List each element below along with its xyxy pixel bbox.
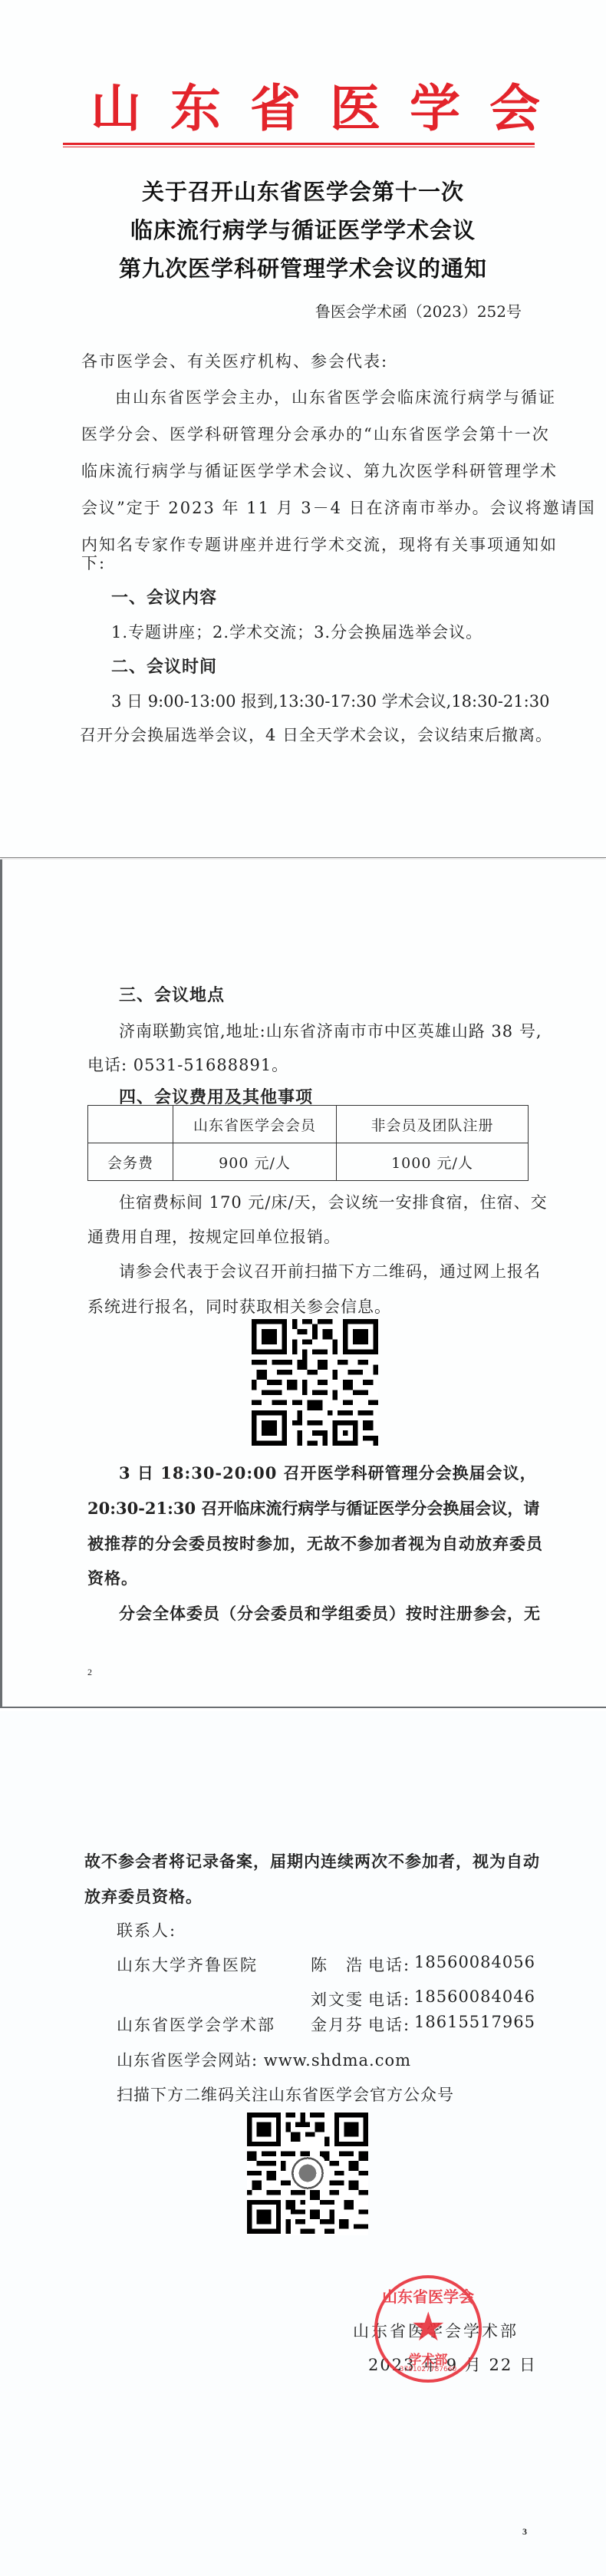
fee-nonmember-value: 1000 元/人 <box>337 1143 529 1181</box>
contact-name: 陈 浩 <box>311 1953 364 1976</box>
intro-line: 临床流行病学与循证医学学术会议、第九次医学科研管理学术 <box>81 459 558 482</box>
intro-line: 由山东省医学会主办，山东省医学会临床流行病学与循证 <box>115 385 556 408</box>
wechat-qr-code[interactable] <box>247 2111 368 2235</box>
section-heading-time: 二、会议时间 <box>111 654 217 678</box>
contact-name: 金月芬 <box>311 2013 364 2036</box>
fee-table-header-cell: 非会员及团队注册 <box>337 1106 529 1143</box>
election-line: 资格。 <box>87 1566 138 1589</box>
section-heading-venue: 三、会议地点 <box>119 982 225 1006</box>
registration-line: 系统进行报名，同时获取相关参会信息。 <box>87 1295 391 1318</box>
document-number: 鲁医会学术函（2023）252号 <box>315 299 522 322</box>
contact-phone[interactable]: 18615517965 <box>414 2013 535 2031</box>
contact-phone-label: 电话: <box>368 1987 410 2010</box>
fee-table: 山东省医学会会员 非会员及团队注册 会务费 900 元/人 1000 元/人 <box>87 1105 529 1181</box>
attendance-line: 分会全体委员（分会委员和学组委员）按时注册参会，无 <box>119 1601 541 1624</box>
fee-table-header-row: 山东省医学会会员 非会员及团队注册 <box>88 1106 529 1143</box>
masthead-rule-thin <box>63 147 535 147</box>
contact-phone-label: 电话: <box>368 2013 410 2036</box>
intro-line: 会议”定于 2023 年 11 月 3－4 日在济南市举办。会议将邀请国 <box>81 496 596 519</box>
section-time-line: 召开分会换届选举会议，4 日全天学术会议，会议结束后撤离。 <box>80 723 552 746</box>
page-number: 2 <box>87 1667 92 1678</box>
website-line[interactable]: 山东省医学会网站: www.shdma.com <box>117 2048 411 2071</box>
election-line: 被推荐的分会委员按时参加，无故不参加者视为自动放弃委员 <box>87 1532 543 1555</box>
contact-org: 山东省医学会学术部 <box>117 2013 275 2036</box>
fee-member-value: 900 元/人 <box>173 1143 337 1181</box>
masthead-rule <box>63 143 535 145</box>
star-icon: ★ <box>410 2307 446 2347</box>
section-time-line: 3 日 9:00-13:00 报到,13:30-17:30 学术会议,18:30… <box>111 689 549 712</box>
venue-line: 济南联勤宾馆,地址:山东省济南市市中区英雄山路 38 号, <box>119 1019 542 1042</box>
notice-title-line-3: 第九次医学科研管理学术会议的通知 <box>0 252 606 283</box>
lodging-line: 通费用自理，按规定回单位报销。 <box>87 1225 341 1248</box>
notice-title-line-1: 关于召开山东省医学会第十一次 <box>0 175 606 206</box>
section-heading-content: 一、会议内容 <box>111 585 217 609</box>
contacts-label: 联系人: <box>117 1918 176 1941</box>
intro-line: 下: <box>81 551 106 574</box>
fee-table-row: 会务费 900 元/人 1000 元/人 <box>88 1143 529 1181</box>
salutation: 各市医学会、有关医疗机构、参会代表: <box>81 349 388 372</box>
seal-top-text: 山东省医学会 <box>377 2284 479 2307</box>
election-line: 3 日 18:30-20:00 召开医学科研管理分会换届会议， <box>119 1461 537 1484</box>
fee-table-row-label: 会务费 <box>88 1143 173 1181</box>
seal-code: 3701027787660 <box>377 2366 479 2373</box>
intro-line: 内知名专家作专题讲座并进行学术交流，现将有关事项通知如 <box>81 533 558 556</box>
page-number: 3 <box>522 2526 527 2538</box>
venue-phone-line: 电话: 0531-51688891。 <box>87 1053 288 1076</box>
page-1: 山东省医学会 关于召开山东省医学会第十一次 临床流行病学与循证医学学术会议 第九… <box>0 0 606 858</box>
fee-table-header-cell: 山东省医学会会员 <box>173 1106 337 1143</box>
election-line: 20:30-21:30 召开临床流行病学与循证医学分会换届会议，请 <box>87 1496 539 1519</box>
attendance-line-cont: 放弃委员资格。 <box>84 1885 203 1908</box>
wechat-prompt: 扫描下方二维码关注山东省医学会官方公众号 <box>117 2083 454 2106</box>
notice-title-line-2: 临床流行病学与循证医学学术会议 <box>0 213 606 245</box>
masthead-title: 山东省医学会 <box>91 68 374 140</box>
section-content-body: 1.专题讲座；2.学术交流；3.分会换届选举会议。 <box>111 620 482 643</box>
contact-phone[interactable]: 18560084046 <box>414 1987 535 2006</box>
contact-name: 刘文雯 <box>311 1987 364 2010</box>
lodging-line: 住宿费标间 170 元/床/天，会议统一安排食宿，住宿、交 <box>119 1190 548 1213</box>
attendance-line-cont: 故不参会者将记录备案，届期内连续两次不参加者，视为自动 <box>84 1849 540 1872</box>
registration-line: 请参会代表于会议召开前扫描下方二维码，通过网上报名 <box>119 1259 541 1282</box>
registration-qr-code[interactable] <box>252 1318 378 1446</box>
official-seal: 山东省医学会 ★ 学术部 3701027787660 <box>374 2275 482 2383</box>
contact-phone[interactable]: 18560084056 <box>414 1953 535 1971</box>
fee-table-header-cell <box>88 1106 173 1143</box>
contact-org: 山东大学齐鲁医院 <box>117 1953 258 1976</box>
intro-line: 医学分会、医学科研管理分会承办的“山东省医学会第十一次 <box>81 422 550 445</box>
contact-phone-label: 电话: <box>368 1953 410 1976</box>
